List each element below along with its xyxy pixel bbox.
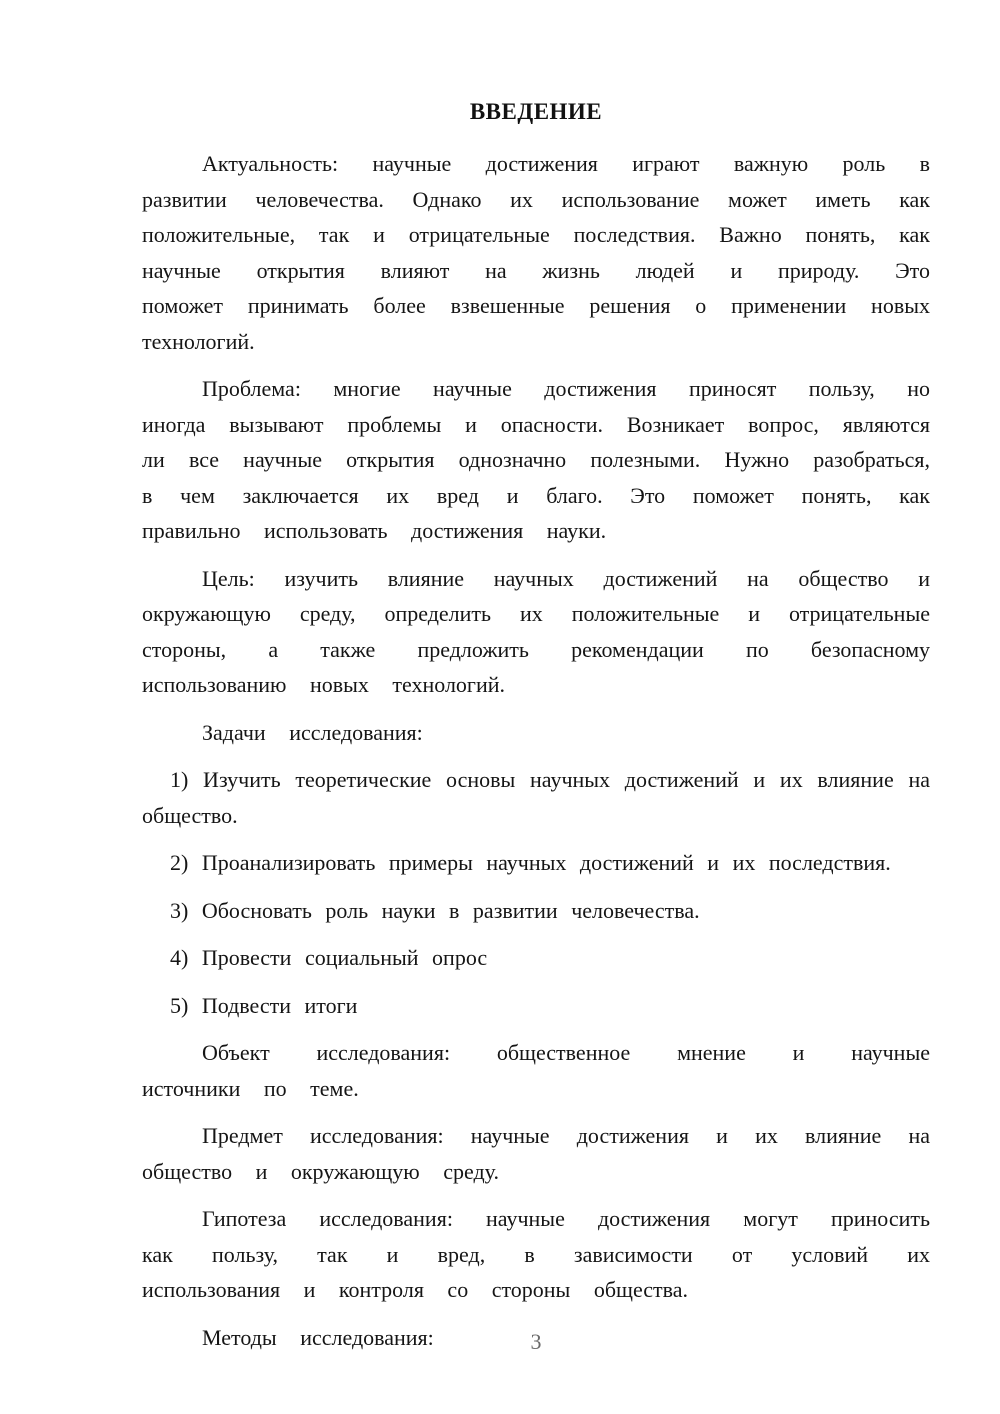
paragraph-aktualnost: Актуальность: научные достижения играют … [142,146,930,359]
list-item-3: 3) Обосновать роль науки в развитии чело… [142,893,930,929]
document-body: ВВЕДЕНИЕ Актуальность: научные достижени… [142,94,930,1367]
document-title: ВВЕДЕНИЕ [142,94,930,129]
list-item-2: 2) Проанализировать примеры научных дост… [142,845,930,881]
paragraph-problema: Проблема: многие научные достижения прин… [142,371,930,549]
paragraph-obekt: Объект исследования: общественное мнение… [142,1035,930,1106]
list-item-5: 5) Подвести итоги [142,988,930,1024]
paragraph-gipoteza: Гипотеза исследования: научные достижени… [142,1201,930,1308]
document-page: ВВЕДЕНИЕ Актуальность: научные достижени… [0,0,1000,1414]
list-item-4: 4) Провести социальный опрос [142,940,930,976]
paragraph-zadachi: Задачи исследования: [142,715,930,751]
paragraph-predmet: Предмет исследования: научные достижения… [142,1118,930,1189]
paragraph-tsel: Цель: изучить влияние научных достижений… [142,561,930,703]
page-number: 3 [142,1327,930,1357]
list-item-1: 1) Изучить теоретические основы научных … [142,762,930,833]
